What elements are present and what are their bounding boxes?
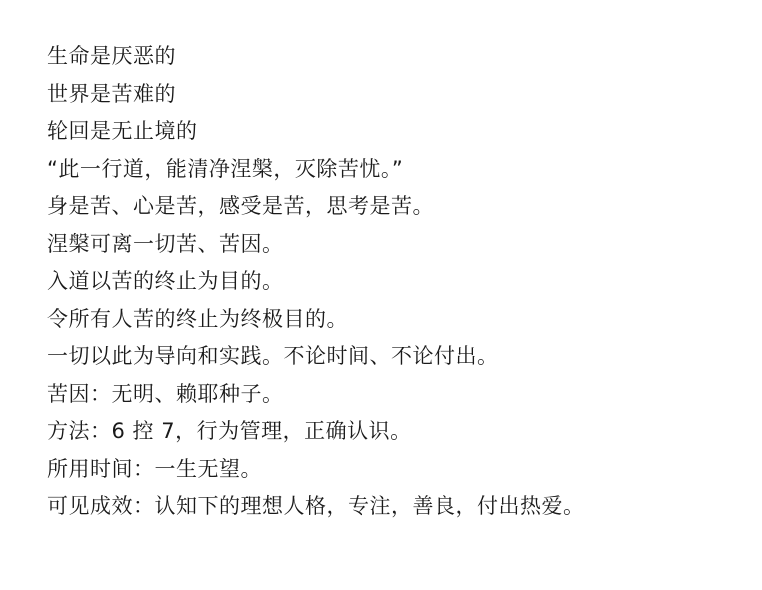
text-line: 可见成效：认知下的理想人格，专注，善良，付出热爱。 xyxy=(47,488,747,526)
text-line: 苦因：无明、赖耶种子。 xyxy=(47,376,747,414)
text-line: 世界是苦难的 xyxy=(47,76,747,114)
text-line: 轮回是无止境的 xyxy=(47,113,747,151)
text-line: 生命是厌恶的 xyxy=(47,38,747,76)
text-line: 所用时间：一生无望。 xyxy=(47,451,747,489)
quote-line: “此一行道，能清净涅槃，灭除苦忧。” xyxy=(47,151,747,189)
text-line: 方法：6 控 7，行为管理，正确认识。 xyxy=(47,413,747,451)
text-line: 令所有人苦的终止为终极目的。 xyxy=(47,301,747,339)
text-line: 身是苦、心是苦，感受是苦，思考是苦。 xyxy=(47,188,747,226)
text-line: 涅槃可离一切苦、苦因。 xyxy=(47,226,747,264)
document-body: 生命是厌恶的 世界是苦难的 轮回是无止境的 “此一行道，能清净涅槃，灭除苦忧。”… xyxy=(47,38,747,526)
text-line: 入道以苦的终止为目的。 xyxy=(47,263,747,301)
text-line: 一切以此为导向和实践。不论时间、不论付出。 xyxy=(47,338,747,376)
